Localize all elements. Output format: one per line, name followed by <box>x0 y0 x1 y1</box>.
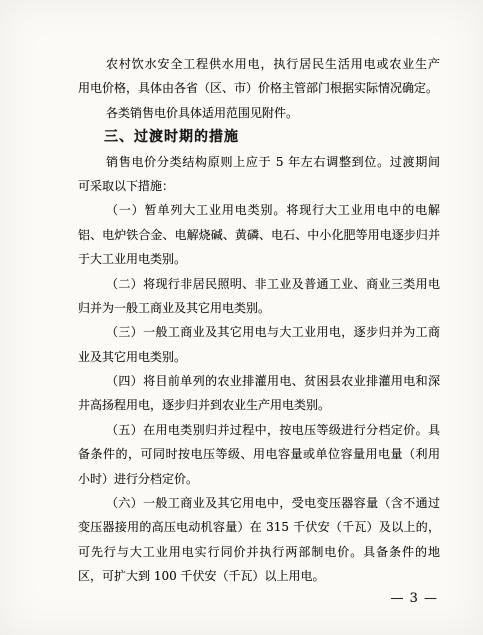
text-line: 铝、电炉铁合金、电解烧碱、黄磷、电石、中小化肥等用电逐步归并 <box>78 223 440 247</box>
paragraph: 销售电价分类结构原则上应于 5 年左右调整到位。过渡期间可采取以下措施： <box>78 150 440 199</box>
text-line: 于大工业用电类别。 <box>78 247 440 271</box>
paragraph: （五）在用电类别归并过程中，按电压等级进行分档定价。具备条件的，可同时按电压等级… <box>78 418 440 491</box>
text-line: 变压器接用的高压电动机容量）在 315 千伏安（千瓦）及以上的， <box>78 515 440 539</box>
document-page: 农村饮水安全工程供水用电，执行居民生活用电或农业生产用电价格，具体由各省（区、市… <box>0 0 483 635</box>
paragraph: （一）暂单列大工业用电类别。将现行大工业用电中的电解铝、电炉铁合金、电解烧碱、黄… <box>78 198 440 271</box>
section-heading: 三、过渡时期的措施 <box>78 125 440 149</box>
text-line: 区，可扩大到 100 千伏安（千瓦）以上用电。 <box>78 564 440 588</box>
document-body: 农村饮水安全工程供水用电，执行居民生活用电或农业生产用电价格，具体由各省（区、市… <box>78 52 440 606</box>
text-line: 可采取以下措施： <box>78 174 440 198</box>
text-line: 备条件的，可同时按电压等级、用电容量或单位容量用电量（利用 <box>78 442 440 466</box>
paragraph: 各类销售电价具体适用范围见附件。 <box>78 101 440 125</box>
text-line: 井高扬程用电，逐步归并到农业生产用电类别。 <box>78 393 440 417</box>
text-line: （三）一般工商业及其它用电与大工业用电，逐步归并为工商 <box>78 320 440 344</box>
text-line: 三、过渡时期的措施 <box>78 125 440 149</box>
text-line: （二）将现行非居民照明、非工业及普通工业、商业三类用电 <box>78 272 440 296</box>
text-line: （六）一般工商业及其它用电中，受电变压器容量（含不通过 <box>78 491 440 515</box>
text-line: 用电价格，具体由各省（区、市）价格主管部门根据实际情况确定。 <box>78 76 440 100</box>
text-line: 农村饮水安全工程供水用电，执行居民生活用电或农业生产 <box>78 52 440 76</box>
paragraph: （四）将目前单列的农业排灌用电、贫困县农业排灌用电和深井高扬程用电，逐步归并到农… <box>78 369 440 418</box>
text-line: 归并为一般工商业及其它用电类别。 <box>78 296 440 320</box>
text-line: （五）在用电类别归并过程中，按电压等级进行分档定价。具 <box>78 418 440 442</box>
paragraph: （二）将现行非居民照明、非工业及普通工业、商业三类用电归并为一般工商业及其它用电… <box>78 272 440 321</box>
paragraph: 农村饮水安全工程供水用电，执行居民生活用电或农业生产用电价格，具体由各省（区、市… <box>78 52 440 101</box>
text-line: 销售电价分类结构原则上应于 5 年左右调整到位。过渡期间 <box>78 150 440 174</box>
text-line: 可先行与大工业用电实行同价并执行两部制电价。具备条件的地 <box>78 540 440 564</box>
text-line: （一）暂单列大工业用电类别。将现行大工业用电中的电解 <box>78 198 440 222</box>
page-number: — 3 — <box>78 591 440 606</box>
text-line: 业及其它用电类别。 <box>78 345 440 369</box>
text-line: 小时）进行分档定价。 <box>78 467 440 491</box>
text-line: （四）将目前单列的农业排灌用电、贫困县农业排灌用电和深 <box>78 369 440 393</box>
text-line: 各类销售电价具体适用范围见附件。 <box>78 101 440 125</box>
paragraph: （六）一般工商业及其它用电中，受电变压器容量（含不通过变压器接用的高压电动机容量… <box>78 491 440 589</box>
paragraph: （三）一般工商业及其它用电与大工业用电，逐步归并为工商业及其它用电类别。 <box>78 320 440 369</box>
